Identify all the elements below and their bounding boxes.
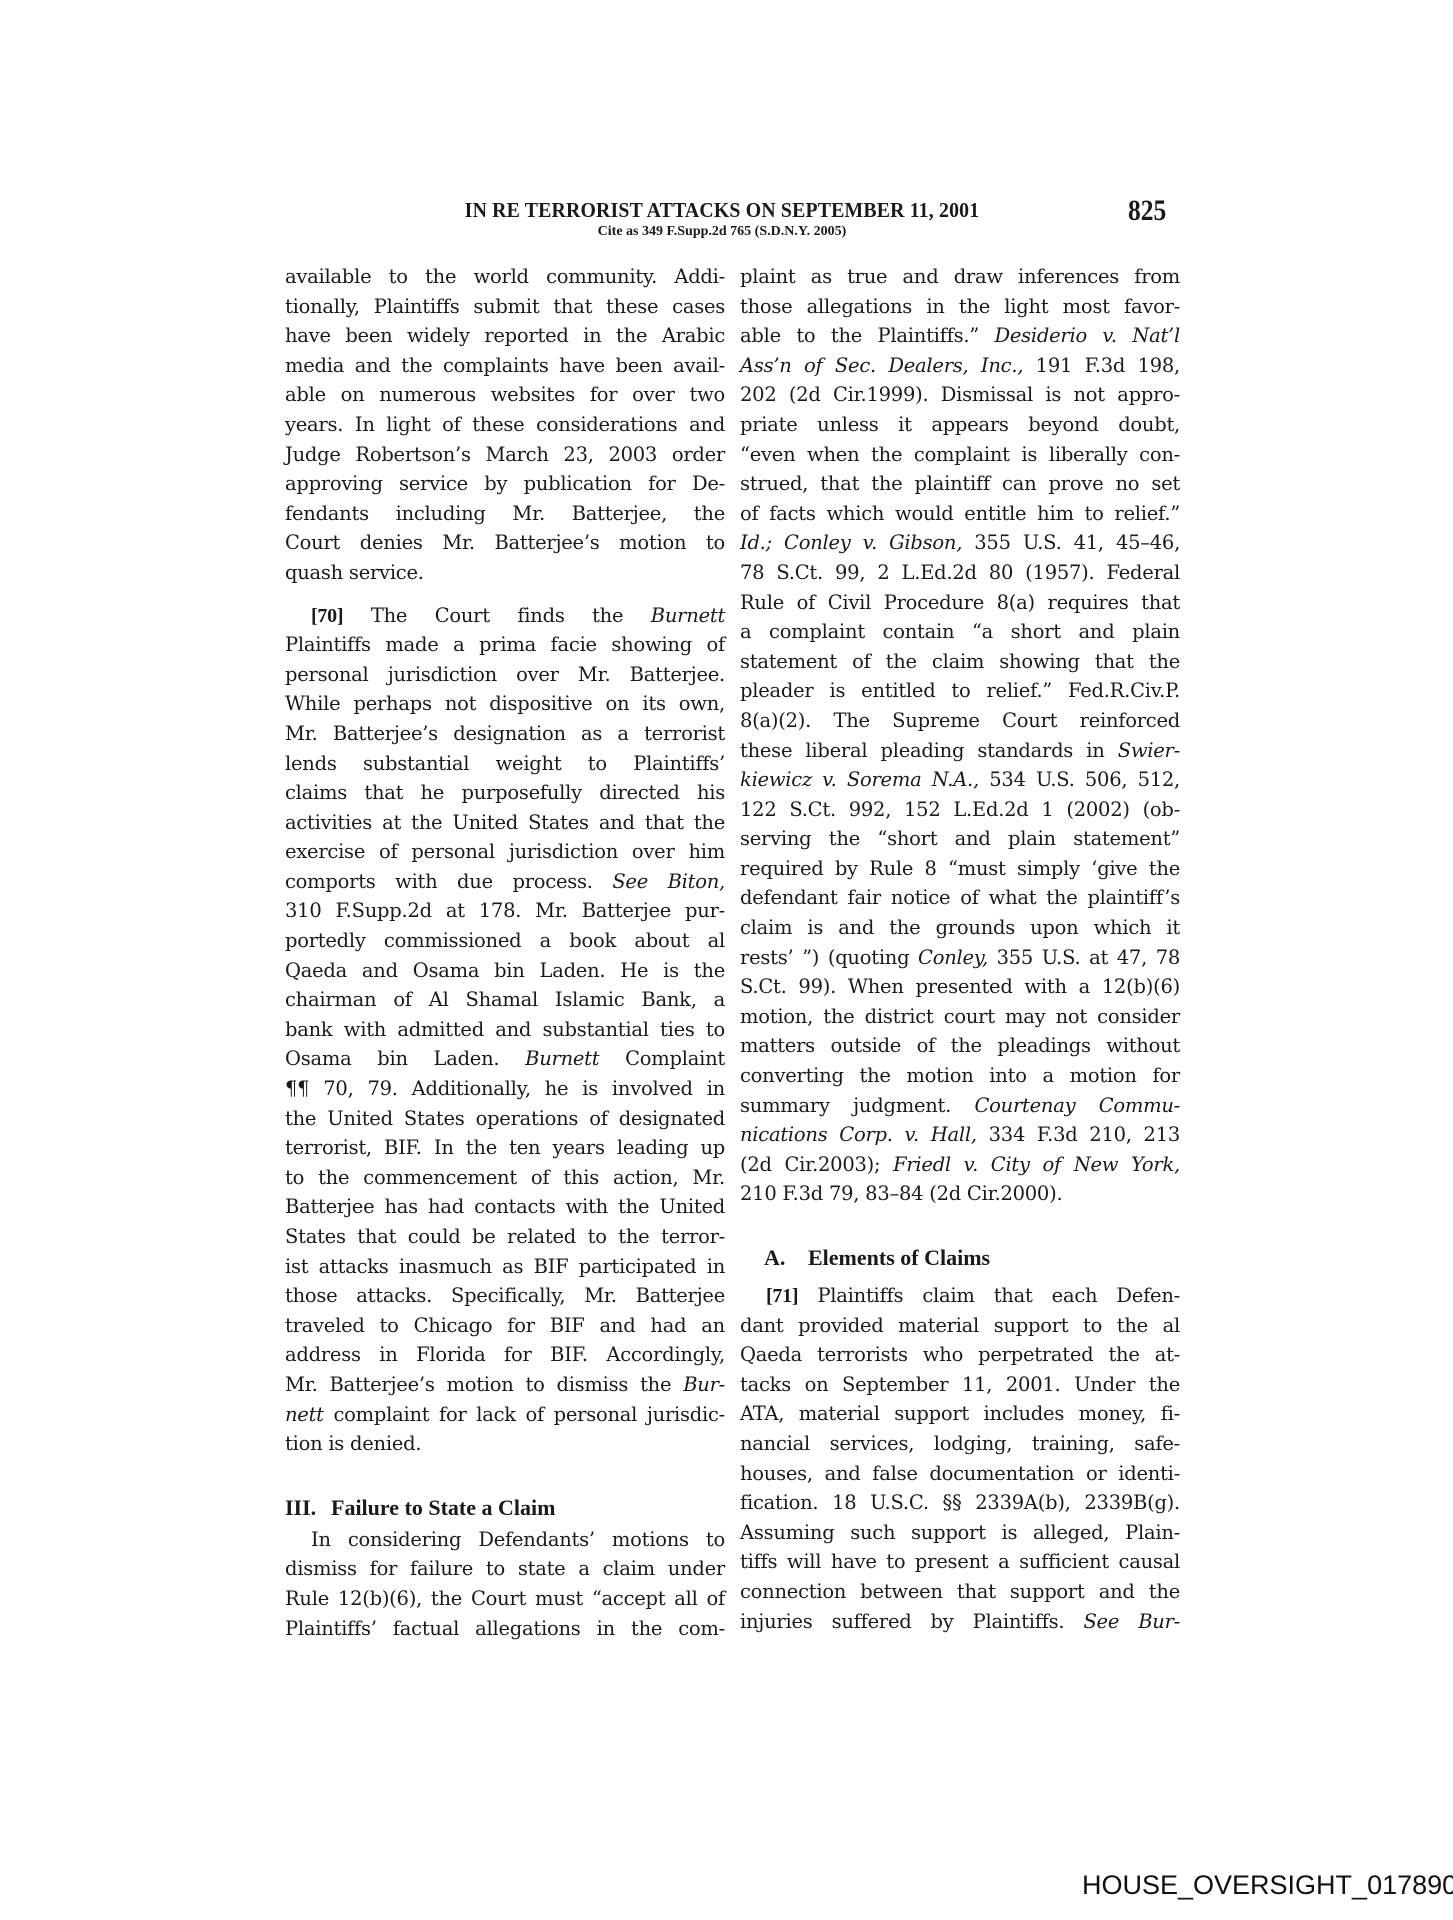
text-line: priate unless it appears beyond doubt,: [740, 410, 1180, 440]
text-span: Mr. Batterjee’s motion to dismiss the: [285, 1373, 671, 1396]
text-line: nett complaint for lack of personal juri…: [285, 1400, 725, 1430]
text-span: Plaintiffs claim that each Defen-: [817, 1284, 1180, 1307]
left-column: available to the world community. Addi- …: [285, 262, 725, 1643]
text-line: 310 F.Supp.2d at 178. Mr. Batterjee pur-: [285, 896, 725, 926]
case-name: Swier-: [1118, 739, 1180, 762]
text-span: 334 F.3d 210, 213: [989, 1123, 1180, 1146]
text-line: those allegations in the light most favo…: [740, 292, 1180, 322]
text-line: “even when the complaint is liberally co…: [740, 440, 1180, 470]
text-line: bank with admitted and substantial ties …: [285, 1015, 725, 1045]
case-name: See Biton,: [612, 870, 725, 893]
text-line: Rule of Civil Procedure 8(a) requires th…: [740, 588, 1180, 618]
text-line: dismiss for failure to state a claim und…: [285, 1554, 725, 1584]
case-name: See Bur-: [1083, 1610, 1180, 1633]
text-line: defendant fair notice of what the plaint…: [740, 883, 1180, 913]
section-heading-iii: III.Failure to State a Claim: [285, 1491, 725, 1525]
text-line: Id.; Conley v. Gibson, 355 U.S. 41, 45–4…: [740, 528, 1180, 558]
text-line: Rule 12(b)(6), the Court must “accept al…: [285, 1584, 725, 1614]
case-citation: Cite as 349 F.Supp.2d 765 (S.D.N.Y. 2005…: [416, 224, 1028, 240]
text-line: injuries suffered by Plaintiffs. See Bur…: [740, 1607, 1180, 1637]
text-line: to the commencement of this action, Mr.: [285, 1163, 725, 1193]
text-line: approving service by publication for De-: [285, 469, 725, 499]
text-line: available to the world community. Addi-: [285, 262, 725, 292]
text-line: tion is denied.: [285, 1429, 725, 1459]
section-gap: [285, 1459, 725, 1491]
page-number: 825: [1128, 194, 1166, 228]
text-line: fendants including Mr. Batterjee, the: [285, 499, 725, 529]
case-name: Burnett: [651, 604, 725, 627]
text-line: Qaeda and Osama bin Laden. He is the: [285, 956, 725, 986]
text-line: dant provided material support to the al: [740, 1311, 1180, 1341]
text-line: of facts which would entitle him to reli…: [740, 499, 1180, 529]
paragraph-71: [71] Plaintiffs claim that each Defen- d…: [740, 1281, 1180, 1636]
text-line: a complaint contain “a short and plain: [740, 617, 1180, 647]
bates-number: HOUSE_OVERSIGHT_017890: [1082, 1870, 1453, 1901]
text-span: Osama bin Laden.: [285, 1047, 499, 1070]
text-line: 202 (2d Cir.1999). Dismissal is not appr…: [740, 380, 1180, 410]
text-line: address in Florida for BIF. Accordingly,: [285, 1340, 725, 1370]
text-line: In considering Defendants’ motions to: [285, 1525, 725, 1555]
text-span: 191 F.3d 198,: [1036, 354, 1180, 377]
text-span: rests’ ”) (quoting: [740, 946, 909, 969]
section-title: Failure to State a Claim: [331, 1495, 555, 1520]
section-gap: [740, 1209, 1180, 1241]
text-line: required by Rule 8 “must simply ‘give th…: [740, 854, 1180, 884]
text-span: (2d Cir.2003);: [740, 1153, 880, 1176]
text-line: pleader is entitled to relief.” Fed.R.Ci…: [740, 676, 1180, 706]
case-name: Desiderio v. Nat’l: [994, 324, 1180, 347]
text-line: media and the complaints have been avail…: [285, 351, 725, 381]
paragraph-failure-to-state: In considering Defendants’ motions to di…: [285, 1525, 725, 1643]
text-line: summary judgment. Courtenay Commu-: [740, 1091, 1180, 1121]
text-line: States that could be related to the terr…: [285, 1222, 725, 1252]
text-line: tacks on September 11, 2001. Under the: [740, 1370, 1180, 1400]
text-line: fication. 18 U.S.C. §§ 2339A(b), 2339B(g…: [740, 1488, 1180, 1518]
text-line: ¶¶ 70, 79. Additionally, he is involved …: [285, 1074, 725, 1104]
text-line: claims that he purposefully directed his: [285, 778, 725, 808]
text-line: nications Corp. v. Hall, 334 F.3d 210, 2…: [740, 1120, 1180, 1150]
text-line: S.Ct. 99). When presented with a 12(b)(6…: [740, 972, 1180, 1002]
case-name: nications Corp. v. Hall,: [740, 1123, 977, 1146]
text-line: Mr. Batterjee’s designation as a terrori…: [285, 719, 725, 749]
paragraph-70: [70] The Court finds the Burnett Plainti…: [285, 601, 725, 1459]
text-span: these liberal pleading standards in: [740, 739, 1105, 762]
text-span: Complaint: [625, 1047, 725, 1070]
text-line: kiewicz v. Sorema N.A., 534 U.S. 506, 51…: [740, 765, 1180, 795]
subsection-title: Elements of Claims: [808, 1245, 990, 1270]
case-name: kiewicz v. Sorema N.A.,: [740, 768, 979, 791]
text-line: comports with due process. See Biton,: [285, 867, 725, 897]
text-line: years. In light of these considerations …: [285, 410, 725, 440]
text-line: statement of the claim showing that the: [740, 647, 1180, 677]
text-line: have been widely reported in the Arabic: [285, 321, 725, 351]
text-line: matters outside of the pleadings without: [740, 1031, 1180, 1061]
text-line: Ass’n of Sec. Dealers, Inc., 191 F.3d 19…: [740, 351, 1180, 381]
text-line: converting the motion into a motion for: [740, 1061, 1180, 1091]
text-line: activities at the United States and that…: [285, 808, 725, 838]
text-span: comports with due process.: [285, 870, 593, 893]
text-line: nancial services, lodging, training, saf…: [740, 1429, 1180, 1459]
text-line: rests’ ”) (quoting Conley, 355 U.S. at 4…: [740, 943, 1180, 973]
text-span: 355 U.S. at 47, 78: [997, 946, 1180, 969]
text-line: exercise of personal jurisdiction over h…: [285, 837, 725, 867]
text-line: ist attacks inasmuch as BIF participated…: [285, 1252, 725, 1282]
text-line: portedly commissioned a book about al: [285, 926, 725, 956]
text-line: these liberal pleading standards in Swie…: [740, 736, 1180, 766]
text-span: 355 U.S. 41, 45–46,: [974, 531, 1180, 554]
text-line: traveled to Chicago for BIF and had an: [285, 1311, 725, 1341]
text-line: personal jurisdiction over Mr. Batterjee…: [285, 660, 725, 690]
text-line: Mr. Batterjee’s motion to dismiss the Bu…: [285, 1370, 725, 1400]
text-line: While perhaps not dispositive on its own…: [285, 689, 725, 719]
text-line: able on numerous websites for over two: [285, 380, 725, 410]
text-line: tionally, Plaintiffs submit that these c…: [285, 292, 725, 322]
text-line: Osama bin Laden. Burnett Complaint: [285, 1044, 725, 1074]
text-line: quash service.: [285, 558, 725, 588]
text-span: summary judgment.: [740, 1094, 951, 1117]
paragraph-continued: plaint as true and draw inferences from …: [740, 262, 1180, 1209]
running-title: IN RE TERRORIST ATTACKS ON SEPTEMBER 11,…: [440, 198, 1003, 223]
text-span: 534 U.S. 506, 512,: [989, 768, 1180, 791]
paragraph-gap: [285, 588, 725, 601]
text-line: the United States operations of designat…: [285, 1104, 725, 1134]
subsection-heading-a: A.Elements of Claims: [740, 1241, 1180, 1275]
text-span: able to the Plaintiffs.”: [740, 324, 979, 347]
section-number: III.: [285, 1491, 331, 1525]
text-line: serving the “short and plain statement”: [740, 824, 1180, 854]
text-line: claim is and the grounds upon which it: [740, 913, 1180, 943]
text-line: strued, that the plaintiff can prove no …: [740, 469, 1180, 499]
text-line: motion, the district court may not consi…: [740, 1002, 1180, 1032]
text-line: houses, and false documentation or ident…: [740, 1459, 1180, 1489]
text-line: Plaintiffs made a prima facie showing of: [285, 630, 725, 660]
text-line: connection between that support and the: [740, 1577, 1180, 1607]
case-name: Courtenay Commu-: [974, 1094, 1180, 1117]
text-line: ATA, material support includes money, fi…: [740, 1399, 1180, 1429]
text-line: tiffs will have to present a sufficient …: [740, 1547, 1180, 1577]
text-line: Assuming such support is alleged, Plain-: [740, 1518, 1180, 1548]
text-line: able to the Plaintiffs.” Desiderio v. Na…: [740, 321, 1180, 351]
text-span: complaint for lack of personal jurisdic-: [333, 1403, 725, 1426]
text-line: plaint as true and draw inferences from: [740, 262, 1180, 292]
text-line: 78 S.Ct. 99, 2 L.Ed.2d 80 (1957). Federa…: [740, 558, 1180, 588]
text-line: Court denies Mr. Batterjee’s motion to: [285, 528, 725, 558]
text-line: those attacks. Specifically, Mr. Batterj…: [285, 1281, 725, 1311]
case-name: Id.; Conley v. Gibson,: [740, 531, 962, 554]
case-name: nett: [285, 1403, 324, 1426]
text-line: 122 S.Ct. 992, 152 L.Ed.2d 1 (2002) (ob-: [740, 795, 1180, 825]
text-line: Batterjee has had contacts with the Unit…: [285, 1192, 725, 1222]
case-name: Conley,: [918, 946, 988, 969]
text-line: Qaeda terrorists who perpetrated the at-: [740, 1340, 1180, 1370]
text-line: lends substantial weight to Plaintiffs’: [285, 749, 725, 779]
key-number: [70]: [311, 605, 343, 627]
text-line: chairman of Al Shamal Islamic Bank, a: [285, 985, 725, 1015]
text-line: 8(a)(2). The Supreme Court reinforced: [740, 706, 1180, 736]
key-number: [71]: [766, 1285, 798, 1307]
text-line: [71] Plaintiffs claim that each Defen-: [740, 1281, 1180, 1311]
text-line: [70] The Court finds the Burnett: [285, 601, 725, 631]
text-line: (2d Cir.2003); Friedl v. City of New Yor…: [740, 1150, 1180, 1180]
text-line: Judge Robertson’s March 23, 2003 order: [285, 440, 725, 470]
case-name: Friedl v. City of New York,: [893, 1153, 1180, 1176]
case-name: Ass’n of Sec. Dealers, Inc.,: [740, 354, 1023, 377]
text-line: terrorist, BIF. In the ten years leading…: [285, 1133, 725, 1163]
paragraph-service: available to the world community. Addi- …: [285, 262, 725, 588]
text-line: Plaintiffs’ factual allegations in the c…: [285, 1614, 725, 1644]
case-name: Bur-: [683, 1373, 725, 1396]
text-span: The Court finds the: [371, 604, 623, 627]
case-name: Burnett: [525, 1047, 599, 1070]
subsection-letter: A.: [764, 1241, 808, 1275]
right-column: plaint as true and draw inferences from …: [740, 262, 1180, 1636]
text-span: injuries suffered by Plaintiffs.: [740, 1610, 1064, 1633]
text-line: 210 F.3d 79, 83–84 (2d Cir.2000).: [740, 1179, 1180, 1209]
